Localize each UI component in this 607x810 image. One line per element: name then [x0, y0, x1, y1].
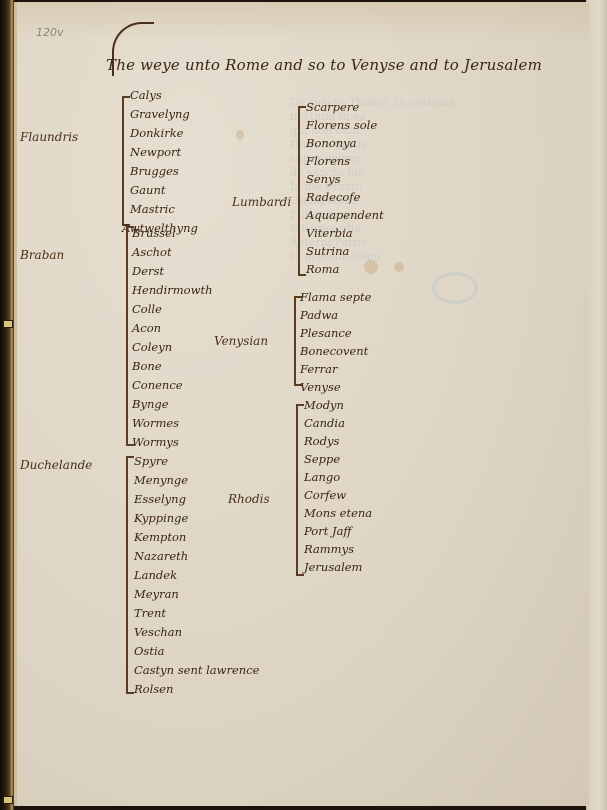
book-binding	[0, 0, 14, 810]
town: Calys	[130, 88, 162, 102]
region-braban: Braban	[20, 248, 64, 262]
town: Viterbia	[306, 226, 353, 240]
town: Aschot	[132, 245, 172, 259]
town: Padwa	[300, 308, 338, 322]
region-duchelande: Duchelande	[20, 458, 92, 472]
town: Colle	[132, 302, 162, 316]
town: Coleyn	[132, 340, 172, 354]
binding-stitch	[3, 796, 13, 804]
town: Esselyng	[134, 492, 186, 506]
town: Florens sole	[306, 118, 377, 132]
facing-page-edge	[586, 0, 607, 810]
folio-number: 120v	[36, 26, 64, 39]
town: Kempton	[134, 530, 186, 544]
brace	[126, 456, 128, 694]
town: Meyran	[134, 587, 179, 601]
stain	[394, 262, 404, 272]
town: Mastric	[130, 202, 175, 216]
town: Veschan	[134, 625, 182, 639]
town: Scarpere	[306, 100, 359, 114]
town: Brussel	[132, 226, 176, 240]
town: Jerusalem	[304, 560, 362, 574]
bleedthrough-initial	[432, 272, 478, 304]
town: Senys	[306, 172, 341, 186]
town: Brugges	[130, 164, 179, 178]
town: Rolsen	[134, 682, 173, 696]
region-venysian: Venysian	[214, 334, 268, 348]
town: Castyn sent lawrence	[134, 663, 259, 677]
town: Ferrar	[300, 362, 338, 376]
brace	[126, 226, 128, 446]
town: Donkirke	[130, 126, 183, 140]
town: Candia	[304, 416, 345, 430]
town: Seppe	[304, 452, 340, 466]
brace	[294, 296, 296, 386]
town: Mons etena	[304, 506, 372, 520]
brace	[298, 106, 300, 276]
brace	[296, 404, 298, 576]
town: Bynge	[132, 397, 169, 411]
town: Bononya	[306, 136, 356, 150]
town: Radecofe	[306, 190, 360, 204]
town: Sutrina	[306, 244, 349, 258]
town: Kyppinge	[134, 511, 188, 525]
town: Newport	[130, 145, 181, 159]
town: Corfew	[304, 488, 346, 502]
town: Bone	[132, 359, 162, 373]
town: Aquapendent	[306, 208, 384, 222]
page-title: The weye unto Rome and so to Venyse and …	[106, 56, 542, 74]
region-rhodis: Rhodis	[228, 492, 270, 506]
town: Lango	[304, 470, 340, 484]
stain	[236, 130, 244, 140]
town: Spyre	[134, 454, 168, 468]
town: Landek	[134, 568, 177, 582]
town: Modyn	[304, 398, 344, 412]
town: Acon	[132, 321, 161, 335]
town: Gaunt	[130, 183, 165, 197]
town: Roma	[306, 262, 339, 276]
town: Menynge	[134, 473, 188, 487]
region-flaundris: Flaundris	[20, 130, 78, 144]
town: Bonecovent	[300, 344, 368, 358]
town: Nazareth	[134, 549, 188, 563]
town: Derst	[132, 264, 164, 278]
town: Venyse	[300, 380, 341, 394]
town: Rodys	[304, 434, 339, 448]
town: Gravelyng	[130, 107, 190, 121]
brace	[122, 96, 124, 226]
town: Wormes	[132, 416, 179, 430]
stain	[364, 260, 378, 274]
town: Florens	[306, 154, 350, 168]
town: Plesance	[300, 326, 352, 340]
binding-stitch	[3, 320, 13, 328]
region-lumbardi: Lumbardi	[232, 195, 291, 209]
town: Hendirmowth	[132, 283, 212, 297]
town: Rammys	[304, 542, 354, 556]
town: Wormys	[132, 435, 179, 449]
town: Conence	[132, 378, 183, 392]
town: Trent	[134, 606, 166, 620]
town: Port Jaff	[304, 524, 352, 538]
town: Ostia	[134, 644, 165, 658]
town: Flama septe	[300, 290, 371, 304]
